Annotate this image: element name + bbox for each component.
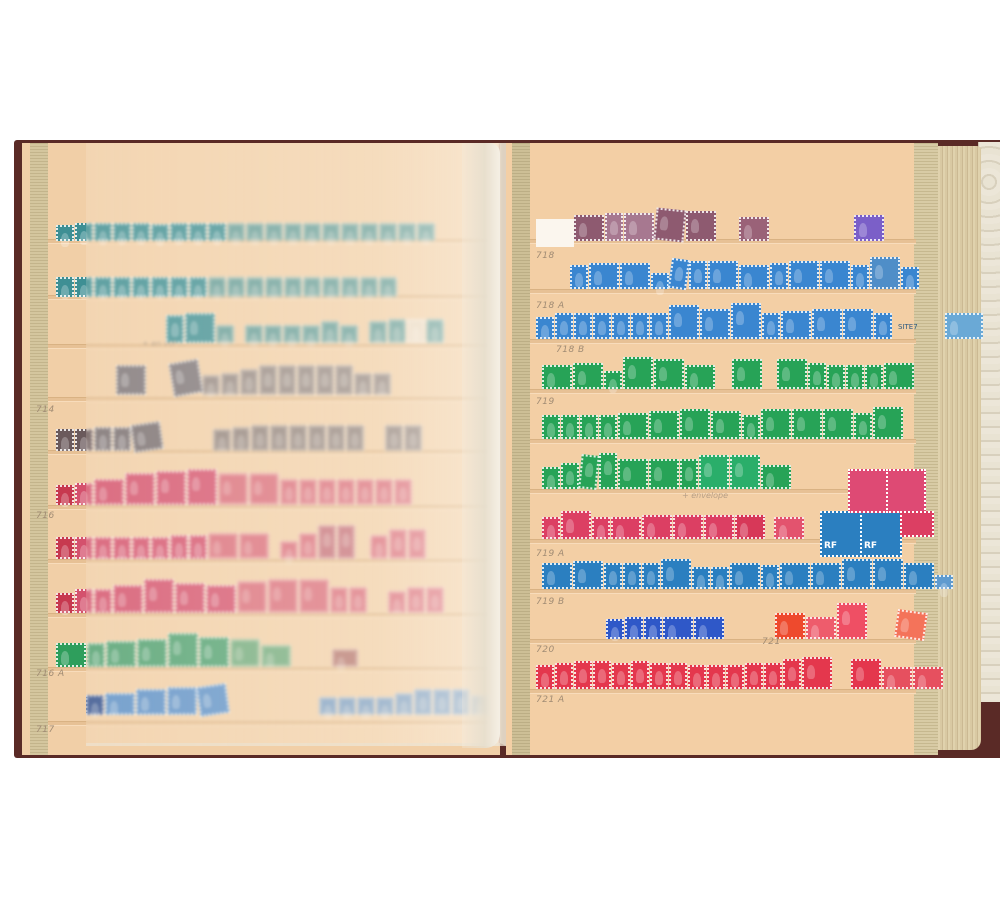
stamp <box>694 617 724 639</box>
strip <box>48 613 488 617</box>
stamp <box>593 661 611 689</box>
stamp <box>319 697 337 715</box>
stamp <box>322 223 340 241</box>
stamp <box>168 359 203 398</box>
stamp <box>151 224 169 241</box>
stamp <box>730 563 760 589</box>
stamp-row <box>542 399 922 439</box>
stamp <box>739 265 769 289</box>
stamp <box>265 277 283 297</box>
stamp <box>56 429 74 451</box>
stamp <box>806 617 836 639</box>
stamp <box>284 277 302 297</box>
stamp <box>631 661 649 689</box>
stamp <box>132 223 150 241</box>
stamp-group <box>56 627 359 667</box>
stamp <box>56 277 74 297</box>
stamp <box>132 537 150 559</box>
stamp-row <box>56 303 476 343</box>
catalog-number: 718 <box>536 251 555 261</box>
stamp <box>650 313 668 339</box>
stamp <box>167 687 197 715</box>
stamp <box>289 425 307 451</box>
stamp <box>240 369 258 395</box>
stamp <box>536 665 554 689</box>
stamp <box>685 365 715 389</box>
catalog-number: 716 <box>36 511 55 521</box>
stamp <box>144 579 174 613</box>
stamp <box>113 223 131 241</box>
stamp <box>865 365 883 389</box>
stamp-group <box>56 257 398 297</box>
stamp <box>708 261 738 289</box>
stamp <box>202 375 220 395</box>
stamp-row <box>56 675 476 715</box>
strip <box>530 439 916 443</box>
stamp <box>606 619 624 639</box>
stamp <box>761 465 791 489</box>
stamp-group <box>606 599 927 639</box>
stamp <box>731 303 761 339</box>
stamp-group <box>56 201 436 241</box>
stamp <box>711 567 729 589</box>
stamp <box>232 427 250 451</box>
stamp <box>699 455 729 489</box>
stamp <box>570 265 588 289</box>
stamp <box>573 363 603 389</box>
stamp <box>379 223 397 241</box>
stamp <box>407 587 425 613</box>
left-page-hinge <box>30 143 48 755</box>
stamp <box>873 559 903 589</box>
left-page: + en vol ... 714 <box>22 143 500 755</box>
stamp-group <box>536 649 944 689</box>
stamp <box>663 617 693 639</box>
stamp <box>196 683 230 717</box>
stamp-pink <box>886 469 926 513</box>
stamp <box>426 319 444 343</box>
stamp <box>651 273 669 289</box>
stamp <box>116 365 146 395</box>
stamp <box>589 263 619 289</box>
stamp <box>245 325 263 343</box>
catalog-number: 721 A <box>536 695 565 705</box>
stamp <box>873 407 903 439</box>
stamp <box>337 479 355 505</box>
strip <box>530 339 916 343</box>
stamp <box>327 425 345 451</box>
stamp <box>388 319 406 343</box>
stamp <box>894 609 928 641</box>
stamp-group <box>56 465 413 505</box>
stamp <box>94 427 112 451</box>
stamp <box>574 313 592 339</box>
stamp <box>346 425 364 451</box>
stamp <box>704 515 734 539</box>
stamp <box>280 541 298 559</box>
stamp <box>113 537 131 559</box>
stamp <box>854 413 872 439</box>
stamp <box>94 537 112 559</box>
stamp <box>56 485 74 505</box>
stamp-group <box>56 411 423 451</box>
stamp <box>87 643 105 667</box>
stamp <box>175 583 205 613</box>
stamp <box>113 585 143 613</box>
stamp <box>843 309 873 339</box>
stamp <box>354 373 372 395</box>
stamp <box>318 479 336 505</box>
stamp <box>265 223 283 241</box>
stamp <box>332 649 358 667</box>
stamp <box>761 565 779 589</box>
stamp <box>360 223 378 241</box>
stamp-row <box>56 519 476 559</box>
stamp <box>341 277 359 297</box>
stamp-group <box>542 449 792 489</box>
stamp <box>726 665 744 689</box>
stamp <box>649 459 679 489</box>
stamp <box>284 223 302 241</box>
stamp <box>239 533 269 559</box>
stamp <box>56 643 86 667</box>
stamp <box>75 277 93 297</box>
stamp <box>394 479 412 505</box>
stamp <box>379 277 397 297</box>
stamp <box>187 469 217 505</box>
stamp <box>94 479 124 505</box>
strip <box>48 559 488 563</box>
stamp <box>113 277 131 297</box>
stamp <box>170 535 188 559</box>
stamp <box>668 258 690 290</box>
stamp <box>75 589 93 613</box>
stamp <box>335 365 353 395</box>
stamp <box>237 581 267 613</box>
stamp <box>631 313 649 339</box>
stamp-row <box>536 299 916 339</box>
stamp <box>168 633 198 667</box>
catalog-number: 719 B <box>536 597 565 607</box>
stamp <box>206 585 236 613</box>
stamp <box>270 425 288 451</box>
stamp <box>132 277 150 297</box>
stamp <box>882 667 912 689</box>
stamp <box>283 325 301 343</box>
stamp <box>620 263 650 289</box>
stamp-group <box>570 249 920 289</box>
stamp <box>199 637 229 667</box>
stamp <box>789 261 819 289</box>
stamp-group <box>56 573 445 613</box>
catalog-number: 717 <box>36 725 55 735</box>
stamp <box>113 427 131 451</box>
stamp <box>75 223 93 241</box>
stamp <box>711 411 741 439</box>
stamp <box>783 659 801 689</box>
stamp <box>842 559 872 589</box>
stamp <box>302 325 320 343</box>
stamp <box>330 587 348 613</box>
stamp <box>264 325 282 343</box>
stamp <box>593 313 611 339</box>
envelope-with-postmarks <box>978 142 1000 702</box>
stamp <box>884 363 914 389</box>
stamp <box>385 425 403 451</box>
stamp <box>542 467 560 489</box>
stamp <box>812 309 842 339</box>
stamp <box>189 223 207 241</box>
stamp <box>349 587 367 613</box>
stamp <box>299 533 317 559</box>
stamp-group <box>56 519 427 559</box>
stamp-group <box>574 201 885 241</box>
stamp <box>935 575 953 589</box>
stamp <box>151 277 169 297</box>
stamp-row <box>542 549 932 589</box>
stamp <box>781 311 811 339</box>
stamp <box>732 359 762 389</box>
stamp <box>680 459 698 489</box>
stamp <box>303 277 321 297</box>
stamp <box>745 663 763 689</box>
stamp-group <box>86 675 490 715</box>
stamp-group <box>166 303 445 343</box>
stamp <box>555 663 573 689</box>
stamp-4f-violet <box>854 215 884 241</box>
stamp-row <box>56 465 476 505</box>
stamp <box>227 277 245 297</box>
stamp <box>542 517 560 539</box>
stamp <box>407 319 425 343</box>
stamp <box>644 617 662 639</box>
strip <box>530 389 916 393</box>
stamp <box>208 223 226 241</box>
sheet-margin <box>536 219 574 247</box>
stamp <box>189 277 207 297</box>
stamp <box>642 515 672 539</box>
stamp-row <box>56 257 436 297</box>
strip <box>48 505 488 509</box>
strip <box>530 639 916 643</box>
stamp <box>316 365 334 395</box>
stamp-row <box>606 599 936 639</box>
stamp <box>623 357 653 389</box>
stamp <box>75 429 93 451</box>
stamp <box>388 591 406 613</box>
stamp <box>136 689 166 715</box>
stamp <box>624 213 654 241</box>
stamp <box>360 277 378 297</box>
stamp <box>823 409 853 439</box>
stamp <box>433 689 451 715</box>
stamp-row <box>56 355 476 395</box>
stamp-overprint-site <box>945 313 983 339</box>
stamp <box>105 693 135 715</box>
stamp <box>599 453 617 489</box>
stamp <box>251 425 269 451</box>
stamp <box>604 563 622 589</box>
stamp <box>650 663 668 689</box>
stamp <box>221 373 239 395</box>
stamp <box>673 515 703 539</box>
stamp <box>625 617 643 639</box>
stamp <box>357 697 375 715</box>
stamp <box>56 225 74 241</box>
stamp <box>536 317 554 339</box>
stamp-group <box>536 299 984 339</box>
stamp <box>278 365 296 395</box>
stamp <box>280 479 298 505</box>
stamp <box>561 463 579 489</box>
stamp <box>661 559 691 589</box>
stamp-album-photo: + en vol ... 714 <box>0 0 1000 900</box>
stamp <box>75 537 93 559</box>
stamp <box>874 313 892 339</box>
stamp <box>555 313 573 339</box>
stamp <box>780 563 810 589</box>
stamp-pink <box>848 469 888 513</box>
stamp <box>618 413 648 439</box>
stamp <box>356 479 374 505</box>
stamp <box>249 473 279 505</box>
stamp <box>692 567 710 589</box>
stamp <box>669 305 699 339</box>
catalog-number: 714 <box>36 405 55 415</box>
stamp <box>870 257 900 289</box>
handwritten-note: + en vol ... <box>142 339 186 348</box>
stamp <box>578 454 599 490</box>
stamp <box>75 483 93 505</box>
stamp <box>827 365 845 389</box>
stamp <box>125 473 155 505</box>
stamp-row <box>542 349 922 389</box>
stamp <box>375 479 393 505</box>
stamp <box>612 663 630 689</box>
right-page: 718 718 A <box>506 143 938 755</box>
stamp <box>680 409 710 439</box>
catalog-number: 721 <box>762 637 781 647</box>
stamp-row <box>56 411 476 451</box>
stamp <box>321 321 339 343</box>
stamp <box>735 515 765 539</box>
stamp <box>649 411 679 439</box>
stamp <box>308 425 326 451</box>
stamp <box>341 223 359 241</box>
stamp <box>802 657 832 689</box>
stamp <box>216 325 234 343</box>
stamp <box>742 415 760 439</box>
stamp <box>426 587 444 613</box>
stamp <box>246 277 264 297</box>
stamp <box>808 363 826 389</box>
stamp <box>213 429 231 451</box>
stamp <box>299 579 329 613</box>
stamp <box>580 415 598 439</box>
strip <box>48 721 488 725</box>
stamp <box>542 563 572 589</box>
stamp <box>137 639 167 667</box>
stamp <box>261 645 291 667</box>
glassine-fold <box>462 143 500 748</box>
stamp <box>404 425 422 451</box>
stamp <box>851 265 869 289</box>
stamp <box>376 697 394 715</box>
stamp <box>218 473 248 505</box>
strip <box>530 689 916 693</box>
stamp <box>612 313 630 339</box>
stamp-row <box>56 627 476 667</box>
stamp <box>414 689 432 715</box>
stamp <box>761 409 791 439</box>
stamp <box>94 277 112 297</box>
stamp <box>303 223 321 241</box>
stamp <box>811 563 841 589</box>
stamp <box>208 277 226 297</box>
stamp-group <box>542 549 954 589</box>
stamp <box>246 223 264 241</box>
stamp <box>297 365 315 395</box>
stamp <box>653 208 686 243</box>
stamp <box>170 277 188 297</box>
stamp <box>370 535 388 559</box>
stamp <box>542 415 560 439</box>
stamp <box>561 415 579 439</box>
stamp <box>592 517 610 539</box>
stamp <box>739 217 769 241</box>
stamp <box>322 277 340 297</box>
stamp <box>151 537 169 559</box>
stamp-group <box>542 349 915 389</box>
stamp <box>86 695 104 715</box>
stamp <box>208 533 238 559</box>
stamp-row <box>574 201 934 241</box>
stamp <box>185 313 215 343</box>
stamp <box>56 593 74 613</box>
stamp <box>669 663 687 689</box>
stamp <box>846 365 864 389</box>
stamp <box>337 525 355 559</box>
stamp-row <box>570 249 930 289</box>
stamp-row <box>56 201 456 241</box>
stamp <box>642 563 660 589</box>
stamp <box>611 517 641 539</box>
stamp <box>605 213 623 241</box>
stamp <box>56 537 74 559</box>
stamp <box>338 697 356 715</box>
stamp <box>369 321 387 343</box>
stamp <box>820 261 850 289</box>
stamp <box>373 373 391 395</box>
stamp <box>130 421 164 453</box>
stamp <box>299 479 317 505</box>
stamp <box>574 661 592 689</box>
stamp <box>689 261 707 289</box>
stamp <box>408 529 426 559</box>
stamp <box>389 529 407 559</box>
stamp <box>770 263 788 289</box>
stamp-group <box>116 355 392 395</box>
stamp-row <box>536 649 936 689</box>
stamp <box>777 359 807 389</box>
stamp <box>189 535 207 559</box>
stamp <box>170 223 188 241</box>
stamp <box>623 563 641 589</box>
stamp <box>227 223 245 241</box>
stamp <box>259 365 277 395</box>
stamp <box>395 693 413 715</box>
stamp <box>851 659 881 689</box>
